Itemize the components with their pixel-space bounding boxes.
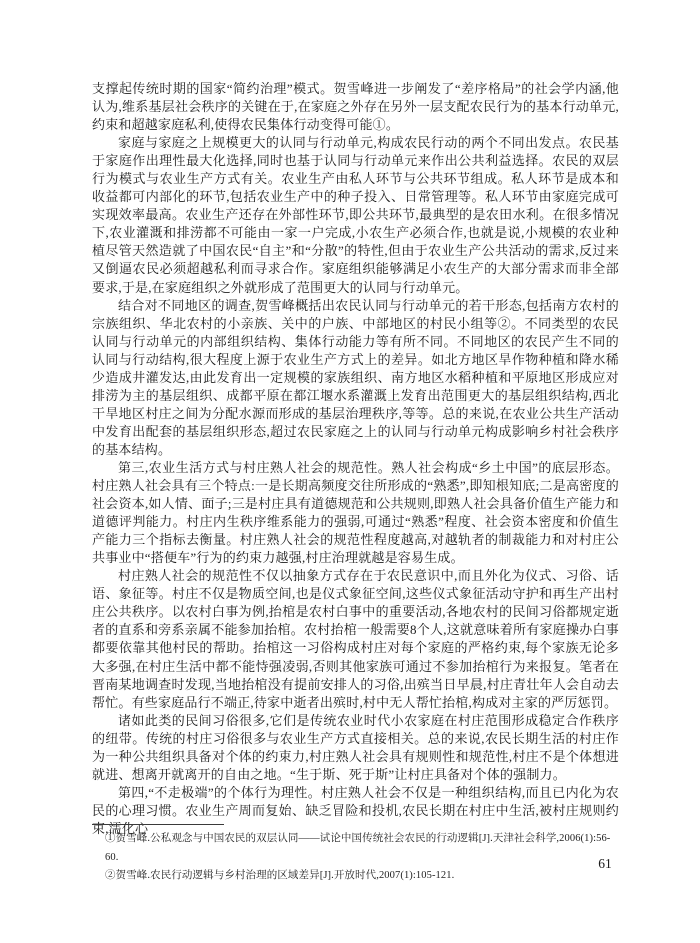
footnotes-section: ①贺雪峰.公私观念与中国农民的双层认同——试论中国传统社会农民的行动逻辑[J].…	[92, 824, 619, 886]
body-paragraph: 诸如此类的民间习俗很多,它们是传统农业时代小农家庭在村庄范围形成稳定合作秩序的纽…	[92, 712, 619, 784]
page-number: 61	[590, 856, 620, 872]
footnote-separator	[92, 824, 224, 825]
body-paragraph: 村庄熟人社会的规范性不仅以抽象方式存在于农民意识中,而且外化为仪式、习俗、话语、…	[92, 567, 619, 711]
document-page: 支撑起传统时期的国家“简约治理”模式。贺雪峰进一步阐发了“差序格局”的社会学内涵…	[0, 0, 700, 943]
body-paragraph: 第三,农业生活方式与村庄熟人社会的规范性。熟人社会构成“乡土中国”的底层形态。村…	[92, 459, 619, 567]
body-paragraph: 家庭与家庭之上规模更大的认同与行动单元,构成农民行动的两个不同出发点。农民基于家…	[92, 134, 619, 296]
body-paragraph: 支撑起传统时期的国家“简约治理”模式。贺雪峰进一步阐发了“差序格局”的社会学内涵…	[92, 80, 619, 134]
footnote: ①贺雪峰.公私观念与中国农民的双层认同——试论中国传统社会农民的行动逻辑[J].…	[92, 830, 619, 867]
body-text-block: 支撑起传统时期的国家“简约治理”模式。贺雪峰进一步阐发了“差序格局”的社会学内涵…	[92, 80, 619, 838]
footnote: ②贺雪峰.农民行动逻辑与乡村治理的区域差异[J].开放时代,2007(1):10…	[92, 867, 619, 886]
body-paragraph: 结合对不同地区的调查,贺雪峰概括出农民认同与行动单元的若干形态,包括南方农村的宗…	[92, 297, 619, 459]
